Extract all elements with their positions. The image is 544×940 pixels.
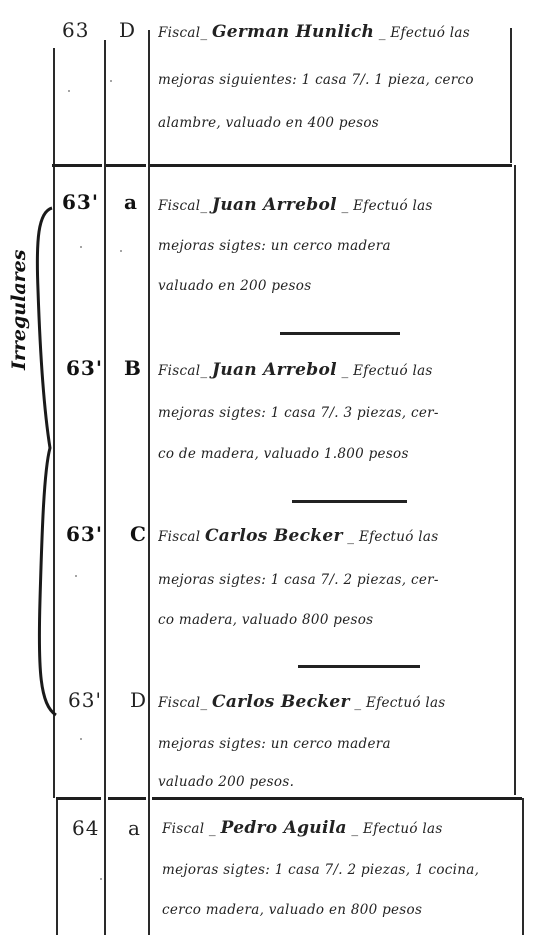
entry-letter: B	[124, 356, 141, 380]
entry-separator	[56, 797, 101, 800]
entry-separator	[150, 164, 512, 167]
entry-line: mejoras sigtes: 1 casa 7/. 3 piezas, cer…	[158, 405, 530, 421]
entry-line: cerco madera, valuado en 800 pesos	[162, 902, 534, 918]
entry-number: 64	[72, 816, 99, 840]
entry-line: Fiscal_ Juan Arrebol _ Efectuó las	[158, 360, 530, 380]
guide-dot	[80, 738, 82, 740]
entry-line: co madera, valuado 800 pesos	[158, 612, 530, 628]
guide-dot	[80, 246, 82, 248]
entry-letter: C	[130, 522, 146, 546]
entry-line: mejoras sigtes: un cerco madera	[158, 736, 530, 752]
person-name: Juan Arrebol	[212, 195, 337, 215]
sub-entry-divider	[280, 332, 400, 335]
guide-dot	[68, 90, 70, 92]
person-name: Pedro Aguila	[221, 818, 347, 838]
entry-number: 63'	[66, 356, 103, 380]
person-name: Juan Arrebol	[212, 360, 337, 380]
ledger-page: Irregulares 63 D Fiscal_ German Hunlich …	[0, 0, 544, 940]
entry-separator	[108, 797, 146, 800]
entry-number: 63	[62, 18, 89, 42]
column-rule-number	[104, 40, 106, 935]
sub-entry-divider	[298, 665, 420, 668]
entry-separator	[106, 164, 146, 167]
entry-line: co de madera, valuado 1.800 pesos	[158, 446, 530, 462]
entry-letter: a	[128, 816, 140, 840]
entry-line: Fiscal_ Juan Arrebol _ Efectuó las	[158, 195, 530, 215]
column-rule-right	[510, 28, 512, 163]
entry-line: valuado en 200 pesos	[158, 278, 530, 294]
entry-line: Fiscal_ Carlos Becker _ Efectuó las	[158, 692, 530, 712]
entry-line: alambre, valuado en 400 pesos	[158, 115, 530, 131]
entry-letter: D	[130, 688, 146, 712]
sub-entry-divider	[292, 500, 407, 503]
margin-brace-icon	[30, 200, 60, 720]
person-name: German Hunlich	[212, 22, 374, 42]
entry-line: mejoras sigtes: 1 casa 7/. 2 piezas, 1 c…	[162, 862, 534, 878]
person-name: Carlos Becker	[205, 526, 343, 546]
guide-dot	[120, 250, 122, 252]
entry-line: mejoras siguientes: 1 casa 7/. 1 pieza, …	[158, 72, 530, 88]
entry-letter: D	[119, 18, 135, 42]
entry-line: valuado 200 pesos.	[158, 774, 530, 790]
entry-line: mejoras sigtes: un cerco madera	[158, 238, 530, 254]
guide-dot	[75, 575, 77, 577]
entry-number: 63'	[62, 190, 99, 214]
person-name: Carlos Becker	[212, 692, 350, 712]
column-rule-left-bottom	[56, 800, 58, 935]
entry-line: mejoras sigtes: 1 casa 7/. 2 piezas, cer…	[158, 572, 530, 588]
entry-line: Fiscal Carlos Becker _ Efectuó las	[158, 526, 530, 546]
entry-letter: a	[124, 190, 137, 214]
entry-separator	[52, 164, 102, 167]
guide-dot	[100, 878, 102, 880]
entry-separator	[152, 797, 522, 800]
guide-dot	[110, 80, 112, 82]
entry-line: Fiscal _ Pedro Aguila _ Efectuó las	[162, 818, 534, 838]
entry-number: 63'	[66, 522, 103, 546]
entry-number: 63'	[68, 688, 102, 712]
entry-line: Fiscal_ German Hunlich _ Efectuó las	[158, 22, 530, 42]
margin-annotation: Irregulares	[8, 250, 30, 370]
